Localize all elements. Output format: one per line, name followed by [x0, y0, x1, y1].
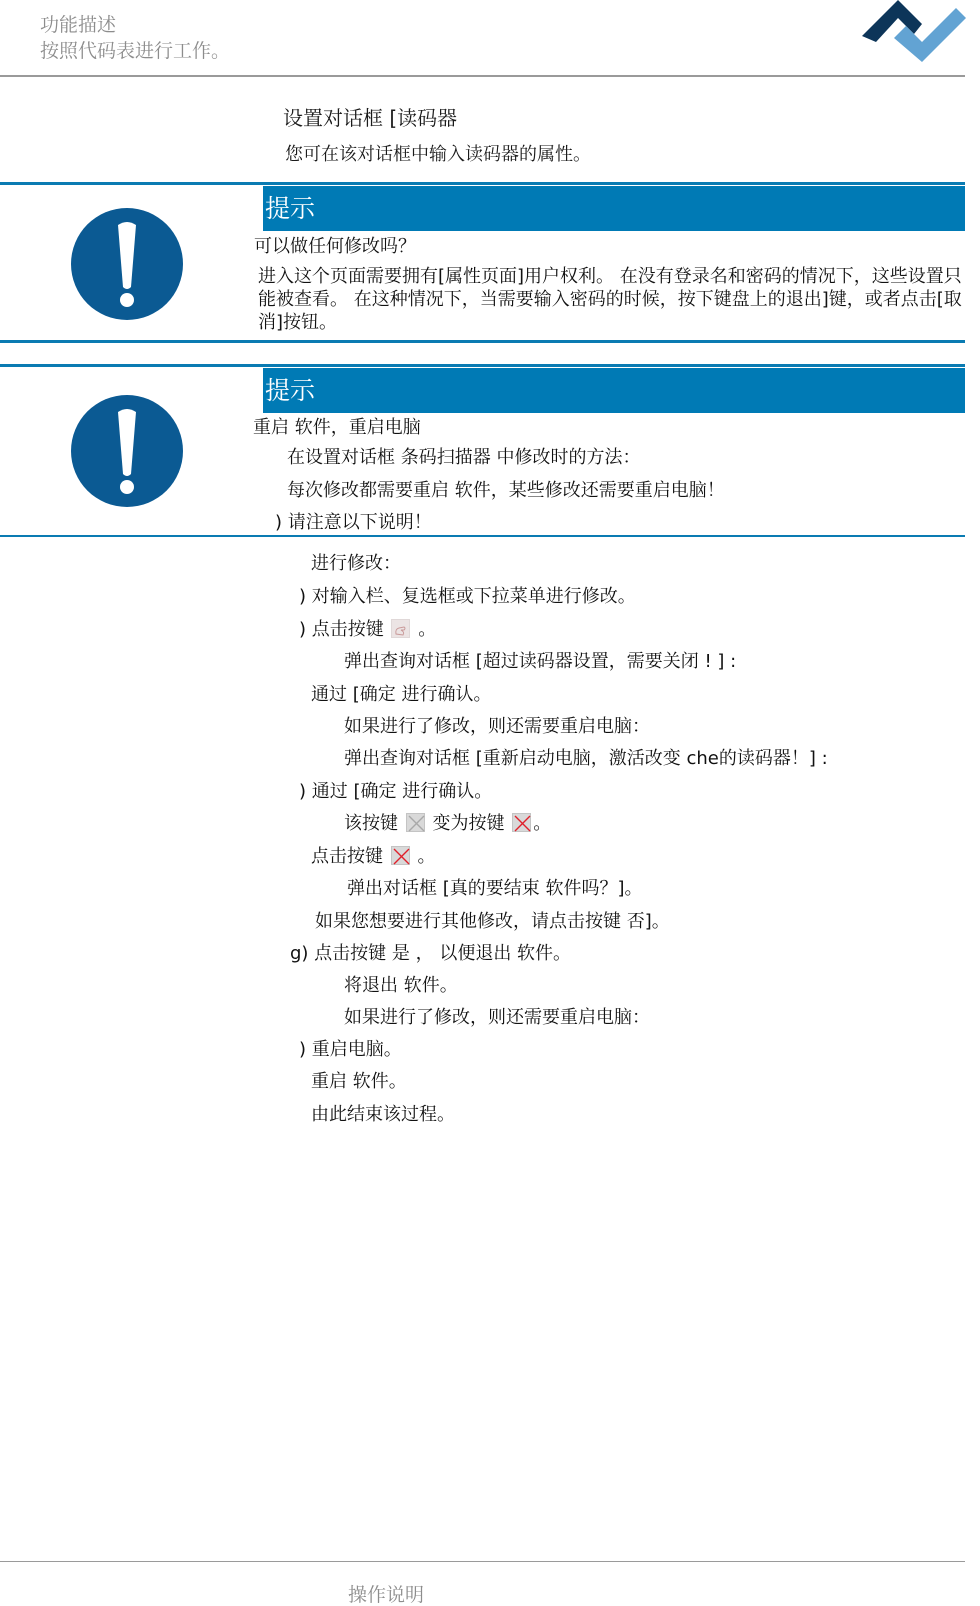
- note-1-top-rule: [0, 182, 965, 185]
- note-2-line-restart: 重启 软件，重启电脑: [253, 413, 421, 439]
- step-click-apply-label: ) 点击按键: [299, 619, 384, 640]
- section-title: 设置对话框 [读码器: [283, 102, 457, 131]
- step-query-dialog-restart: 弹出查询对话框 [重新启动电脑，激活改变 che的读码器！] :: [344, 744, 828, 770]
- header-section-title: 按照代码表进行工作。: [40, 36, 230, 63]
- step-click-yes: g) 点击按键 是 ， 以便退出 软件。: [290, 939, 571, 965]
- step-restart-needed: 如果进行了修改，则还需要重启电脑：: [344, 712, 650, 738]
- step-click-close-label: 点击按键: [311, 846, 383, 867]
- note-2-header: 提示: [263, 368, 965, 413]
- exclamation-icon: [70, 394, 184, 508]
- note-1-bottom-rule: [0, 340, 965, 343]
- step-modify-fields: ) 对输入栏、复选框或下拉菜单进行修改。: [299, 582, 636, 608]
- close-red-x-icon: [512, 813, 531, 832]
- close-red-x-button[interactable]: [391, 846, 410, 865]
- step-exit-dialog: 弹出对话框 [真的要结束 软件吗？]。: [347, 874, 643, 900]
- step-confirm-ok-2: ) 通过 [确定 进行确认。: [299, 777, 492, 803]
- note-2-top-rule: [0, 364, 965, 367]
- note-1-body: 进入这个页面需要拥有[属性页面]用户权利。 在没有登录名和密码的情况下，这些设置…: [258, 265, 963, 334]
- exclamation-icon: [70, 207, 184, 321]
- step-button-changes-mid: 变为按键: [432, 813, 504, 834]
- step-restart-software: 重启 软件。: [311, 1067, 407, 1093]
- company-logo-icon: [862, 0, 966, 66]
- step-confirm-ok: 通过 [确定 进行确认。: [311, 680, 491, 706]
- step-software-exits: 将退出 软件。: [344, 971, 458, 997]
- note-2-line-each-change: 每次修改都需要重启 软件，某些修改还需要重启电脑！: [287, 476, 725, 502]
- step-intro: 进行修改：: [311, 549, 401, 575]
- header-divider: [0, 75, 965, 77]
- footer-divider: [0, 1561, 965, 1562]
- step-restart-pc: ) 重启电脑。: [299, 1035, 402, 1061]
- step-query-dialog-close: 弹出查询对话框 [超过读码器设置，需要关闭 ! ] :: [344, 647, 736, 673]
- header-chapter-title: 功能描述: [40, 10, 116, 37]
- footer-manual-label: 操作说明: [348, 1580, 424, 1606]
- close-gray-x-icon: [406, 813, 425, 832]
- step-button-changes-label: 该按键: [344, 813, 398, 834]
- step-click-close-end: 。: [417, 846, 435, 867]
- step-click-no: 如果您想要进行其他修改，请点击按键 否]。: [315, 907, 670, 933]
- section-description: 您可在该对话框中输入读码器的属性。: [285, 140, 591, 166]
- step-process-end: 由此结束该过程。: [311, 1100, 455, 1126]
- apply-hand-button-icon[interactable]: [391, 619, 410, 638]
- step-click-apply: ) 点击按键 。: [299, 615, 436, 641]
- step-click-apply-end: 。: [418, 619, 436, 640]
- note-1-header: 提示: [263, 186, 965, 231]
- step-button-changes-end: 。: [533, 813, 551, 834]
- note-2-line-attention: ) 请注意以下说明！: [275, 508, 432, 534]
- note-2-bottom-rule: [0, 535, 965, 537]
- step-restart-needed-2: 如果进行了修改，则还需要重启电脑：: [344, 1003, 650, 1029]
- step-button-changes: 该按键 变为按键 。: [344, 809, 551, 835]
- note-2-line-method: 在设置对话框 条码扫描器 中修改时的方法：: [287, 443, 640, 469]
- step-click-close: 点击按键 。: [311, 842, 435, 868]
- note-1-question: 可以做任何修改吗？: [254, 232, 416, 258]
